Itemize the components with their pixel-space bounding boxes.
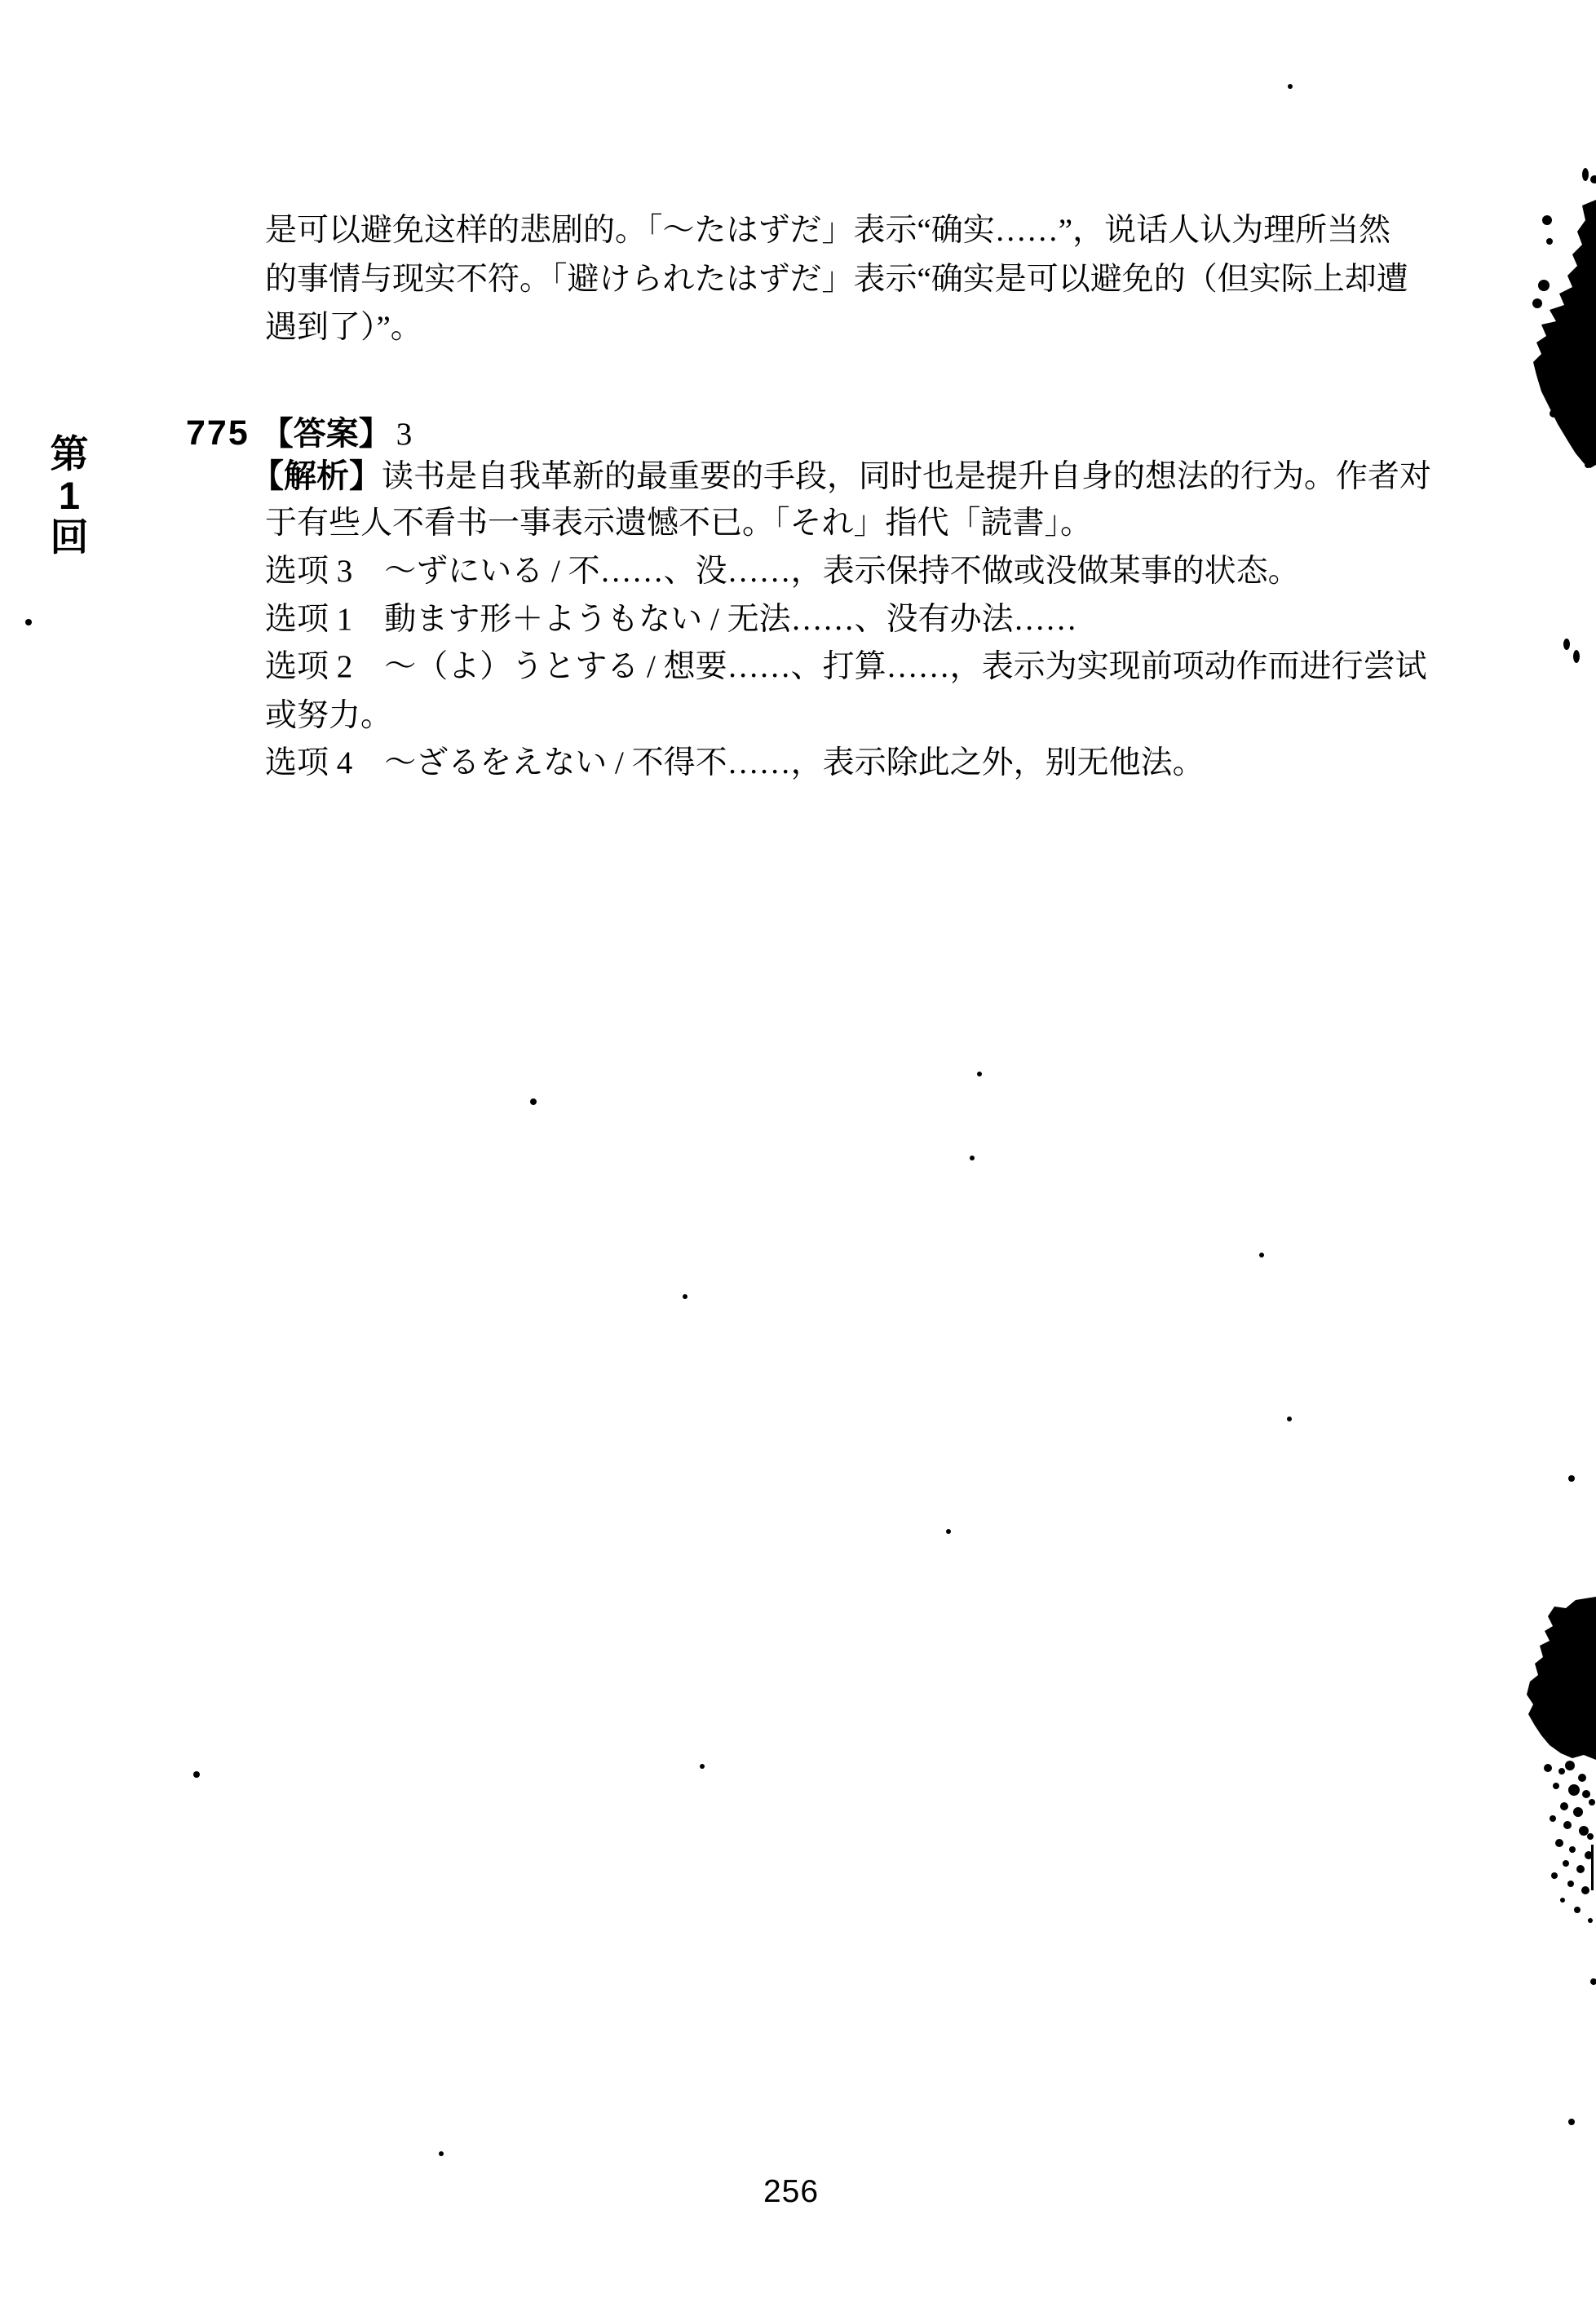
paragraph-line: 是可以避免这样的悲剧的。「〜たはずだ」表示“确实……”，说话人认为理所当然	[265, 211, 1390, 250]
analysis-text: 读书是自我革新的最重要的手段，同时也是提升自身的想法的行为。作者对	[382, 459, 1431, 494]
analysis-line: 于有些人不看书一事表示遗憾不已。「それ」指代「読書」。	[265, 504, 1092, 543]
page-number: 256	[758, 2174, 824, 2210]
scan-artifact-layer	[0, 0, 1596, 2316]
paragraph-line: 遇到了）”。	[265, 308, 422, 347]
sidebar-char: 第	[51, 433, 89, 475]
scan-noise-dots	[25, 84, 1575, 2156]
sidebar-char: 1	[59, 475, 80, 516]
sidebar-round-tab: 第 1 回	[45, 433, 94, 558]
ink-blob-top-right	[1533, 200, 1596, 468]
answer-label: 【答案】	[261, 408, 391, 454]
paragraph-line: 的事情与现实不符。「避けられたはずだ」表示“确实是可以避免的（但实际上却遭	[265, 260, 1408, 299]
ink-blob-bottom-right	[1527, 1597, 1596, 1760]
analysis-label: 【解析】	[251, 457, 382, 494]
analysis-line-option-1: 选项 1 動ます形＋ようもない / 无法……、没有办法……	[265, 600, 1077, 639]
ink-speckles-bottom	[1544, 1761, 1596, 1985]
book-page: 第 1 回 是可以避免这样的悲剧的。「〜たはずだ」表示“确实……”，说话人认为理…	[0, 0, 1596, 2316]
answer-value: 3	[396, 416, 413, 453]
analysis-line: 或努力。	[265, 696, 392, 736]
analysis-line: 【解析】读书是自我革新的最重要的手段，同时也是提升自身的想法的行为。作者对	[251, 457, 1431, 497]
sidebar-char: 回	[51, 516, 89, 558]
analysis-line-option-4: 选项 4 〜ざるをえない / 不得不……，表示除此之外，别无他法。	[265, 744, 1205, 783]
analysis-line-option-2: 选项 2 〜（よ）うとする / 想要……、打算……，表示为实现前项动作而进行尝试	[265, 648, 1427, 687]
question-number: 775	[186, 413, 250, 453]
answer-line: 775 【答案】 3	[186, 408, 412, 454]
analysis-line-option-3: 选项 3 〜ずにいる / 不……、没……，表示保持不做或没做某事的状态。	[265, 552, 1300, 591]
